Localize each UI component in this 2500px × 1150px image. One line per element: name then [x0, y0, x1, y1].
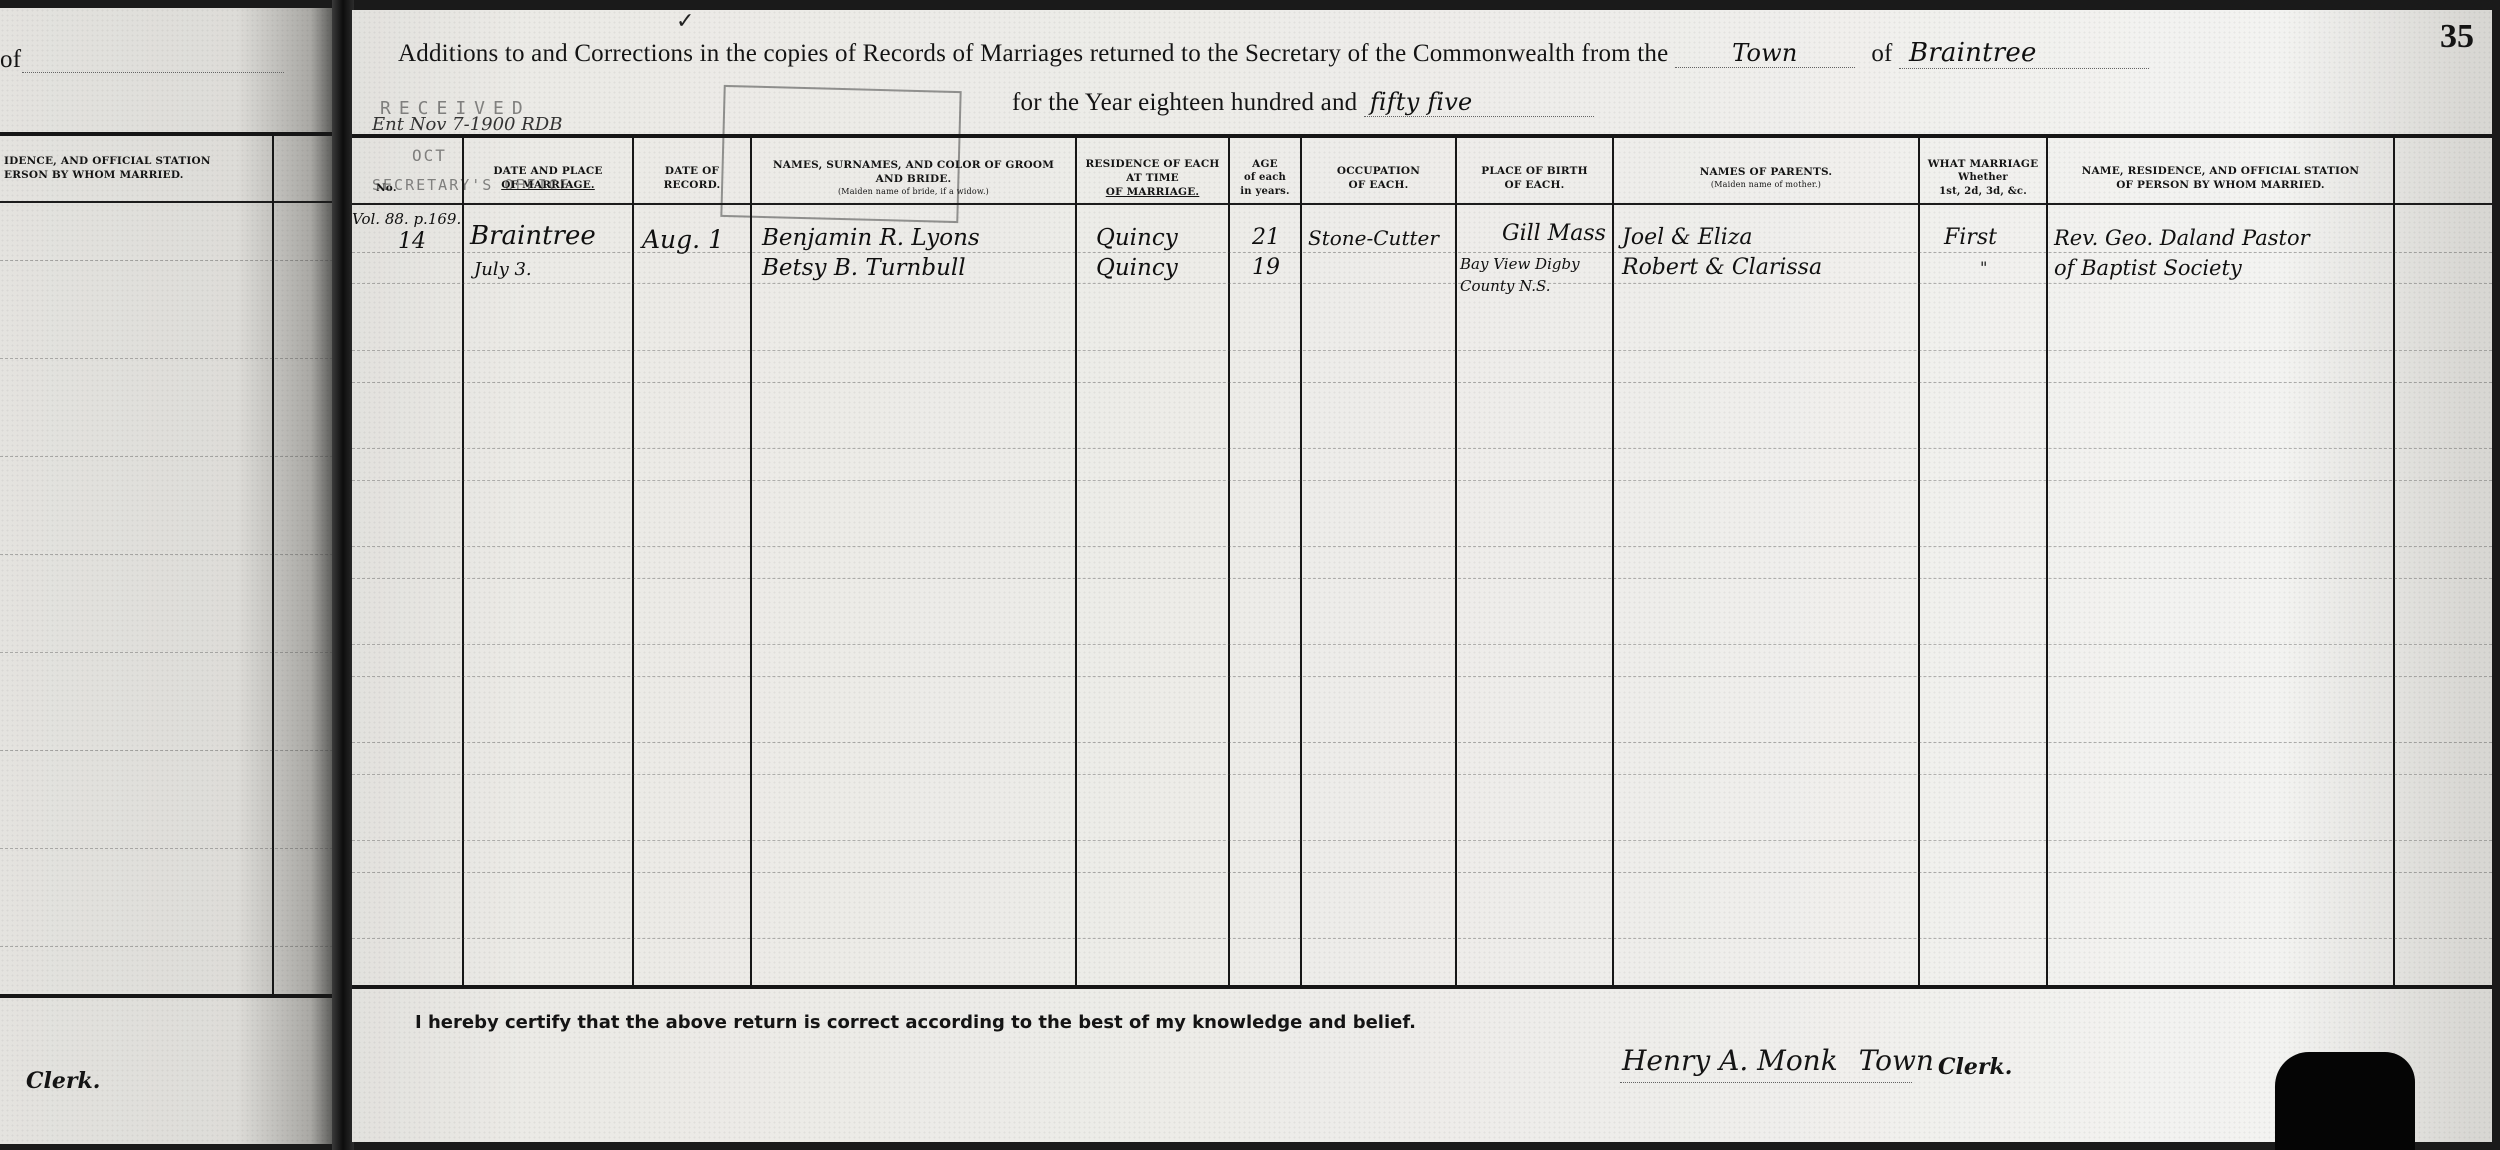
officiant-line-1: Rev. Geo. Daland Pastor — [2054, 224, 2310, 252]
left-clerk-label: Clerk. — [26, 1068, 100, 1094]
left-ruled-line — [0, 848, 338, 849]
title-line-1: Additions to and Corrections in the copi… — [398, 38, 2149, 69]
page-number: 35 — [2440, 18, 2474, 56]
record-number: 14 — [398, 228, 426, 256]
header-occupation: OCCUPATION OF EACH. — [1302, 146, 1455, 210]
header-what-marriage: WHAT MARRIAGE Whether 1st, 2d, 3d, &c. — [1920, 146, 2046, 210]
left-table-bottom-rule — [0, 994, 338, 998]
municipality-type: Town — [1675, 39, 1855, 68]
groom-parents: Joel & Eliza — [1622, 224, 1753, 252]
header-top-rule — [352, 134, 2492, 138]
ruled-line — [352, 742, 2492, 743]
header-residence: RESIDENCE OF EACH AT TIME OF MARRIAGE. — [1077, 146, 1228, 210]
clerk-signature: Henry A. Monk Town — [1622, 1044, 1934, 1077]
ruled-line — [352, 938, 2492, 939]
ruled-line — [352, 774, 2492, 775]
municipality-name: Braintree — [1899, 38, 2149, 69]
title-line-2: for the Year eighteen hundred and fifty … — [1012, 88, 1594, 117]
groom-residence: Quincy — [1096, 224, 1178, 252]
ruled-line — [352, 350, 2492, 351]
stamp-annotation: Ent Nov 7-1900 RDB — [372, 114, 562, 135]
groom-occupation: Stone-Cutter — [1308, 224, 1439, 252]
thumb-shadow — [2275, 1052, 2415, 1150]
column-rule — [1300, 134, 1302, 986]
left-ruled-line — [0, 456, 338, 457]
bride-parents: Robert & Clarissa — [1622, 254, 1822, 282]
left-ruled-line — [0, 358, 338, 359]
signature-line — [1620, 1082, 1912, 1083]
column-rule — [750, 134, 752, 986]
table-bottom-rule — [352, 985, 2492, 989]
ruled-line — [352, 644, 2492, 645]
column-rule — [1228, 134, 1230, 986]
bride-age: 19 — [1252, 254, 1280, 282]
bride-residence: Quincy — [1096, 254, 1178, 282]
left-header-bottom-rule — [0, 201, 338, 203]
header-date-record: DATE OF RECORD. — [634, 146, 750, 210]
bride-marriage-ordinal: " — [1980, 254, 1987, 282]
left-ruled-line — [0, 946, 338, 947]
certification-text: I hereby certify that the above return i… — [415, 1012, 1416, 1033]
clerk-label: Clerk. — [1938, 1054, 2012, 1080]
volume-reference: Vol. 88. p.169. — [352, 210, 461, 228]
groom-age: 21 — [1252, 224, 1280, 252]
ruled-line — [352, 578, 2492, 579]
column-rule — [1612, 134, 1614, 986]
left-ruled-line — [0, 750, 338, 751]
left-title-fragment: of — [0, 46, 21, 74]
ruled-line — [352, 546, 2492, 547]
left-ruled-line — [0, 260, 338, 261]
header-no: No. — [372, 146, 462, 210]
column-rule — [2393, 134, 2395, 986]
book-gutter — [332, 0, 354, 1150]
date-of-record: Aug. 1 — [642, 226, 724, 254]
year-suffix: fifty five — [1364, 88, 1594, 117]
ruled-line — [352, 676, 2492, 677]
groom-name: Benjamin R. Lyons — [762, 224, 980, 252]
marriage-place: Braintree — [470, 222, 596, 250]
main-register-page: ✓ Additions to and Corrections in the co… — [352, 10, 2492, 1142]
left-page-fragment: of IDENCE, AND OFFICIAL STATION ERSON BY… — [0, 8, 338, 1144]
left-header-officiant: IDENCE, AND OFFICIAL STATION ERSON BY WH… — [0, 136, 270, 200]
column-rule — [1075, 134, 1077, 986]
header-officiant: NAME, RESIDENCE, AND OFFICIAL STATION OF… — [2048, 146, 2393, 210]
column-rule — [2046, 134, 2048, 986]
column-rule — [1918, 134, 1920, 986]
bride-birthplace-line-2: County N.S. — [1460, 272, 1551, 300]
header-names: NAMES, SURNAMES, AND COLOR OF GROOM AND … — [752, 146, 1075, 210]
groom-birthplace: Gill Mass — [1502, 220, 1606, 248]
left-ruled-line — [0, 554, 338, 555]
groom-marriage-ordinal: First — [1944, 224, 1997, 252]
header-parents: NAMES OF PARENTS. (Maiden name of mother… — [1614, 146, 1918, 210]
header-birthplace: PLACE OF BIRTH OF EACH. — [1457, 146, 1612, 210]
check-mark: ✓ — [676, 10, 694, 34]
column-rule — [632, 134, 634, 986]
left-column-rule — [272, 132, 274, 994]
ruled-line — [352, 283, 2492, 284]
column-rule — [462, 134, 464, 986]
ruled-line — [352, 382, 2492, 383]
officiant-line-2: of Baptist Society — [2054, 254, 2242, 282]
left-ruled-line — [0, 652, 338, 653]
ruled-line — [352, 872, 2492, 873]
header-date-place: DATE AND PLACE OF MARRIAGE. — [464, 146, 632, 210]
bride-name: Betsy B. Turnbull — [762, 254, 966, 282]
ruled-line — [352, 448, 2492, 449]
column-rule — [1455, 134, 1457, 986]
ruled-line — [352, 840, 2492, 841]
ruled-line — [352, 480, 2492, 481]
header-age: AGE of each in years. — [1230, 146, 1300, 210]
left-title-blank — [22, 72, 284, 73]
marriage-date: July 3. — [474, 256, 532, 284]
